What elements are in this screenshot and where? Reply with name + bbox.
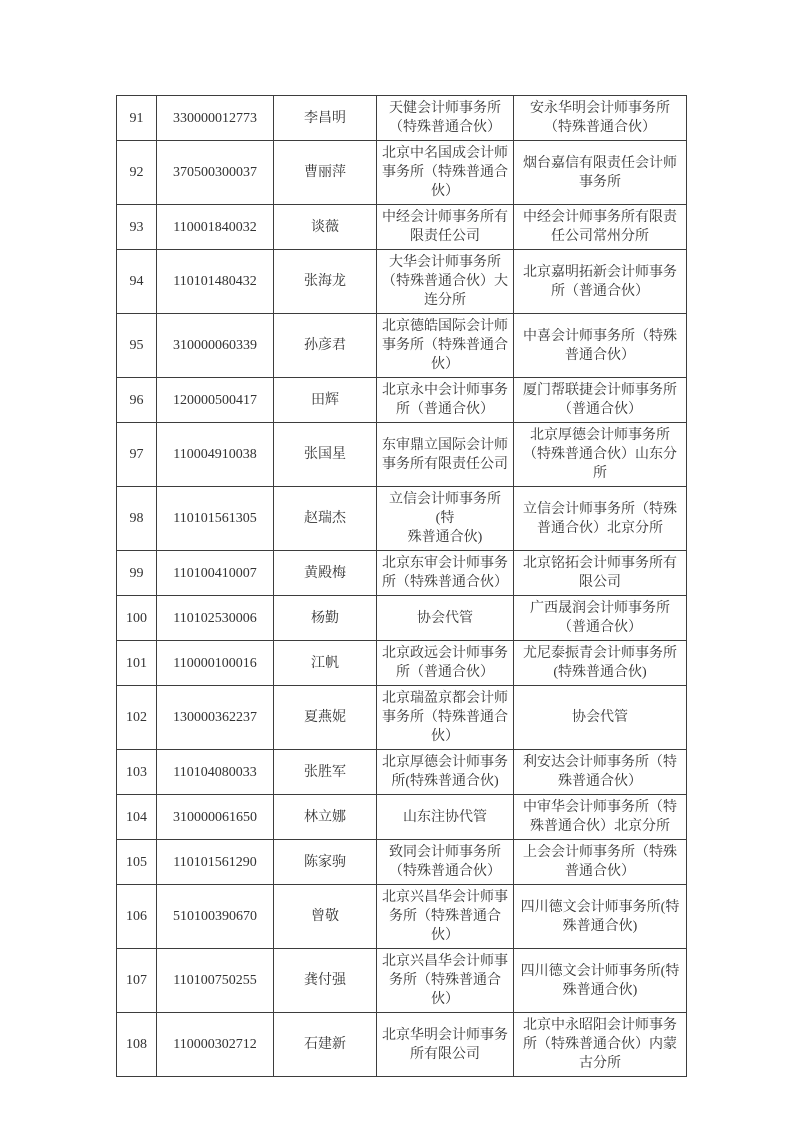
table-row: 92 370500300037 曹丽萍 北京中名国成会计师 事务所（特殊普通合 … (117, 141, 687, 205)
new-firm-cell: 北京嘉明拓新会计师事务 所（普通合伙） (514, 250, 687, 314)
certificate-number-cell: 110100410007 (157, 551, 274, 596)
person-name-cell: 赵瑞杰 (274, 487, 377, 551)
person-name-cell: 江帆 (274, 641, 377, 686)
row-number-cell: 105 (117, 840, 157, 885)
person-name-cell: 龚付强 (274, 949, 377, 1013)
original-firm-cell: 天健会计师事务所 （特殊普通合伙） (377, 96, 514, 141)
new-firm-cell: 上会会计师事务所（特殊 普通合伙） (514, 840, 687, 885)
certificate-number-cell: 510100390670 (157, 885, 274, 949)
new-firm-cell: 四川德文会计师事务所(特 殊普通合伙) (514, 885, 687, 949)
row-number-cell: 94 (117, 250, 157, 314)
person-name-cell: 田辉 (274, 378, 377, 423)
person-name-cell: 孙彦君 (274, 314, 377, 378)
row-number-cell: 97 (117, 423, 157, 487)
original-firm-cell: 立信会计师事务所(特 殊普通合伙) (377, 487, 514, 551)
original-firm-cell: 北京中名国成会计师 事务所（特殊普通合 伙） (377, 141, 514, 205)
table-row: 99 110100410007 黄殿梅 北京东审会计师事务 所（特殊普通合伙） … (117, 551, 687, 596)
table-row: 107 110100750255 龚付强 北京兴昌华会计师事 务所（特殊普通合 … (117, 949, 687, 1013)
certificate-number-cell: 310000060339 (157, 314, 274, 378)
original-firm-cell: 北京东审会计师事务 所（特殊普通合伙） (377, 551, 514, 596)
original-firm-cell: 致同会计师事务所 （特殊普通合伙） (377, 840, 514, 885)
row-number-cell: 108 (117, 1013, 157, 1077)
certificate-number-cell: 110104080033 (157, 750, 274, 795)
new-firm-cell: 中审华会计师事务所（特 殊普通合伙）北京分所 (514, 795, 687, 840)
table-body: 91 330000012773 李昌明 天健会计师事务所 （特殊普通合伙） 安永… (117, 96, 687, 1077)
row-number-cell: 91 (117, 96, 157, 141)
table-row: 102 130000362237 夏燕妮 北京瑞盈京都会计师 事务所（特殊普通合… (117, 686, 687, 750)
original-firm-cell: 协会代管 (377, 596, 514, 641)
certificate-number-cell: 370500300037 (157, 141, 274, 205)
certificate-number-cell: 110000302712 (157, 1013, 274, 1077)
table-row: 105 110101561290 陈家驹 致同会计师事务所 （特殊普通合伙） 上… (117, 840, 687, 885)
original-firm-cell: 北京德皓国际会计师 事务所（特殊普通合 伙） (377, 314, 514, 378)
certificate-number-cell: 330000012773 (157, 96, 274, 141)
certificate-number-cell: 120000500417 (157, 378, 274, 423)
table-row: 91 330000012773 李昌明 天健会计师事务所 （特殊普通合伙） 安永… (117, 96, 687, 141)
person-name-cell: 杨勤 (274, 596, 377, 641)
certificate-number-cell: 110102530006 (157, 596, 274, 641)
original-firm-cell: 北京政远会计师事务 所（普通合伙） (377, 641, 514, 686)
table-row: 93 110001840032 谈薇 中经会计师事务所有 限责任公司 中经会计师… (117, 205, 687, 250)
new-firm-cell: 尤尼泰振青会计师事务所 (特殊普通合伙) (514, 641, 687, 686)
new-firm-cell: 立信会计师事务所（特殊 普通合伙）北京分所 (514, 487, 687, 551)
certificate-number-cell: 110000100016 (157, 641, 274, 686)
row-number-cell: 101 (117, 641, 157, 686)
person-name-cell: 张胜军 (274, 750, 377, 795)
original-firm-cell: 北京瑞盈京都会计师 事务所（特殊普通合 伙） (377, 686, 514, 750)
new-firm-cell: 中经会计师事务所有限责 任公司常州分所 (514, 205, 687, 250)
cpa-roster-table: 91 330000012773 李昌明 天健会计师事务所 （特殊普通合伙） 安永… (116, 95, 687, 1077)
new-firm-cell: 中喜会计师事务所（特殊 普通合伙） (514, 314, 687, 378)
original-firm-cell: 北京永中会计师事务 所（普通合伙） (377, 378, 514, 423)
table-row: 104 310000061650 林立娜 山东注协代管 中审华会计师事务所（特 … (117, 795, 687, 840)
table-row: 106 510100390670 曾敬 北京兴昌华会计师事 务所（特殊普通合 伙… (117, 885, 687, 949)
new-firm-cell: 厦门帮联捷会计师事务所 （普通合伙） (514, 378, 687, 423)
row-number-cell: 93 (117, 205, 157, 250)
person-name-cell: 黄殿梅 (274, 551, 377, 596)
new-firm-cell: 北京厚德会计师事务所 （特殊普通合伙）山东分 所 (514, 423, 687, 487)
row-number-cell: 106 (117, 885, 157, 949)
new-firm-cell: 北京中永昭阳会计师事务 所（特殊普通合伙）内蒙 古分所 (514, 1013, 687, 1077)
person-name-cell: 林立娜 (274, 795, 377, 840)
new-firm-cell: 利安达会计师事务所（特 殊普通合伙） (514, 750, 687, 795)
table-row: 98 110101561305 赵瑞杰 立信会计师事务所(特 殊普通合伙) 立信… (117, 487, 687, 551)
original-firm-cell: 北京华明会计师事务 所有限公司 (377, 1013, 514, 1077)
certificate-number-cell: 110101561305 (157, 487, 274, 551)
new-firm-cell: 广西晟润会计师事务所 （普通合伙） (514, 596, 687, 641)
original-firm-cell: 北京厚德会计师事务 所(特殊普通合伙) (377, 750, 514, 795)
certificate-number-cell: 110100750255 (157, 949, 274, 1013)
new-firm-cell: 安永华明会计师事务所 （特殊普通合伙） (514, 96, 687, 141)
certificate-number-cell: 110001840032 (157, 205, 274, 250)
original-firm-cell: 中经会计师事务所有 限责任公司 (377, 205, 514, 250)
person-name-cell: 石建新 (274, 1013, 377, 1077)
table-row: 95 310000060339 孙彦君 北京德皓国际会计师 事务所（特殊普通合 … (117, 314, 687, 378)
certificate-number-cell: 310000061650 (157, 795, 274, 840)
person-name-cell: 曹丽萍 (274, 141, 377, 205)
table-row: 101 110000100016 江帆 北京政远会计师事务 所（普通合伙） 尤尼… (117, 641, 687, 686)
row-number-cell: 100 (117, 596, 157, 641)
row-number-cell: 102 (117, 686, 157, 750)
person-name-cell: 张海龙 (274, 250, 377, 314)
original-firm-cell: 北京兴昌华会计师事 务所（特殊普通合 伙） (377, 885, 514, 949)
person-name-cell: 夏燕妮 (274, 686, 377, 750)
certificate-number-cell: 110101480432 (157, 250, 274, 314)
document-page: 91 330000012773 李昌明 天健会计师事务所 （特殊普通合伙） 安永… (0, 0, 800, 1130)
row-number-cell: 96 (117, 378, 157, 423)
person-name-cell: 曾敬 (274, 885, 377, 949)
original-firm-cell: 大华会计师事务所 （特殊普通合伙）大 连分所 (377, 250, 514, 314)
certificate-number-cell: 110004910038 (157, 423, 274, 487)
person-name-cell: 陈家驹 (274, 840, 377, 885)
row-number-cell: 95 (117, 314, 157, 378)
row-number-cell: 92 (117, 141, 157, 205)
table-row: 96 120000500417 田辉 北京永中会计师事务 所（普通合伙） 厦门帮… (117, 378, 687, 423)
table-row: 100 110102530006 杨勤 协会代管 广西晟润会计师事务所 （普通合… (117, 596, 687, 641)
certificate-number-cell: 110101561290 (157, 840, 274, 885)
table-row: 97 110004910038 张国星 东审鼎立国际会计师 事务所有限责任公司 … (117, 423, 687, 487)
new-firm-cell: 协会代管 (514, 686, 687, 750)
new-firm-cell: 四川德文会计师事务所(特 殊普通合伙) (514, 949, 687, 1013)
row-number-cell: 98 (117, 487, 157, 551)
row-number-cell: 104 (117, 795, 157, 840)
row-number-cell: 103 (117, 750, 157, 795)
new-firm-cell: 北京铭拓会计师事务所有 限公司 (514, 551, 687, 596)
table-row: 94 110101480432 张海龙 大华会计师事务所 （特殊普通合伙）大 连… (117, 250, 687, 314)
person-name-cell: 张国星 (274, 423, 377, 487)
new-firm-cell: 烟台嘉信有限责任会计师 事务所 (514, 141, 687, 205)
certificate-number-cell: 130000362237 (157, 686, 274, 750)
table-row: 103 110104080033 张胜军 北京厚德会计师事务 所(特殊普通合伙)… (117, 750, 687, 795)
row-number-cell: 107 (117, 949, 157, 1013)
original-firm-cell: 东审鼎立国际会计师 事务所有限责任公司 (377, 423, 514, 487)
table-row: 108 110000302712 石建新 北京华明会计师事务 所有限公司 北京中… (117, 1013, 687, 1077)
original-firm-cell: 山东注协代管 (377, 795, 514, 840)
person-name-cell: 谈薇 (274, 205, 377, 250)
original-firm-cell: 北京兴昌华会计师事 务所（特殊普通合 伙） (377, 949, 514, 1013)
row-number-cell: 99 (117, 551, 157, 596)
person-name-cell: 李昌明 (274, 96, 377, 141)
